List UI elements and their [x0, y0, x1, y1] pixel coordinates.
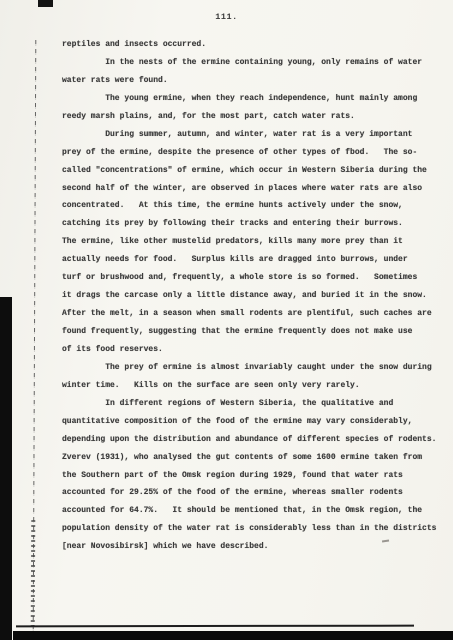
text-line: it drags the carcase only a little dista… — [62, 287, 450, 305]
text-line: winter time. Kills on the surface are se… — [62, 377, 450, 395]
text-line: found frequently, suggesting that the er… — [62, 323, 450, 341]
text-line: catching its prey by following their tra… — [62, 215, 450, 233]
scan-artifact-left-band — [0, 297, 12, 640]
text-line: The ermine, like other mustelid predator… — [62, 233, 450, 251]
text-line: reedy marsh plains, and, for the most pa… — [62, 108, 450, 126]
text-line: During summer, autumn, and winter, water… — [62, 126, 450, 144]
text-line: second half of the winter, are observed … — [62, 180, 450, 198]
text-line: [near Novosibirsk] which we have describ… — [62, 538, 450, 556]
scan-artifact-bottom-band — [13, 631, 453, 640]
scan-artifact-bottom-line — [16, 625, 414, 628]
text-line: Zverev (1931), who analysed the gut cont… — [62, 449, 450, 467]
text-line: the Southern part of the Omsk region dur… — [62, 467, 450, 485]
text-line: concentrated. At this time, the ermine h… — [62, 197, 450, 215]
text-line: actually needs for food. Surplus kills a… — [62, 251, 450, 269]
text-line: reptiles and insects occurred. — [62, 36, 450, 54]
text-line: In the nests of the ermine containing yo… — [62, 54, 450, 72]
page-number: 111. — [0, 10, 453, 24]
text-line: water rats were found. — [62, 72, 450, 90]
text-line: accounted for 64.7%. It should be mentio… — [62, 502, 450, 520]
text-line: accounted for 29.25% of the food of the … — [62, 484, 450, 502]
text-line: depending upon the distribution and abun… — [62, 431, 450, 449]
text-line: quantitative composition of the food of … — [62, 413, 450, 431]
text-line: After the melt, in a season when small r… — [62, 305, 450, 323]
scan-artifact-fold-marks — [31, 520, 36, 626]
text-line: population density of the water rat is c… — [62, 520, 450, 538]
text-line: of its food reserves. — [62, 341, 450, 359]
document-body: reptiles and insects occurred. In the ne… — [62, 36, 450, 556]
scan-artifact-top-mark — [38, 0, 53, 7]
text-line: called "concentrations" of ermine, which… — [62, 162, 450, 180]
text-line: prey of the ermine, despite the presence… — [62, 144, 450, 162]
text-line: turf or brushwood and, frequently, a who… — [62, 269, 450, 287]
text-line: The prey of ermine is almost invariably … — [62, 359, 450, 377]
text-line: The young ermine, when they reach indepe… — [62, 90, 450, 108]
text-line: In different regions of Western Siberia,… — [62, 395, 450, 413]
scanned-document-page: { "document": { "page_number": "111.", "… — [0, 0, 453, 640]
